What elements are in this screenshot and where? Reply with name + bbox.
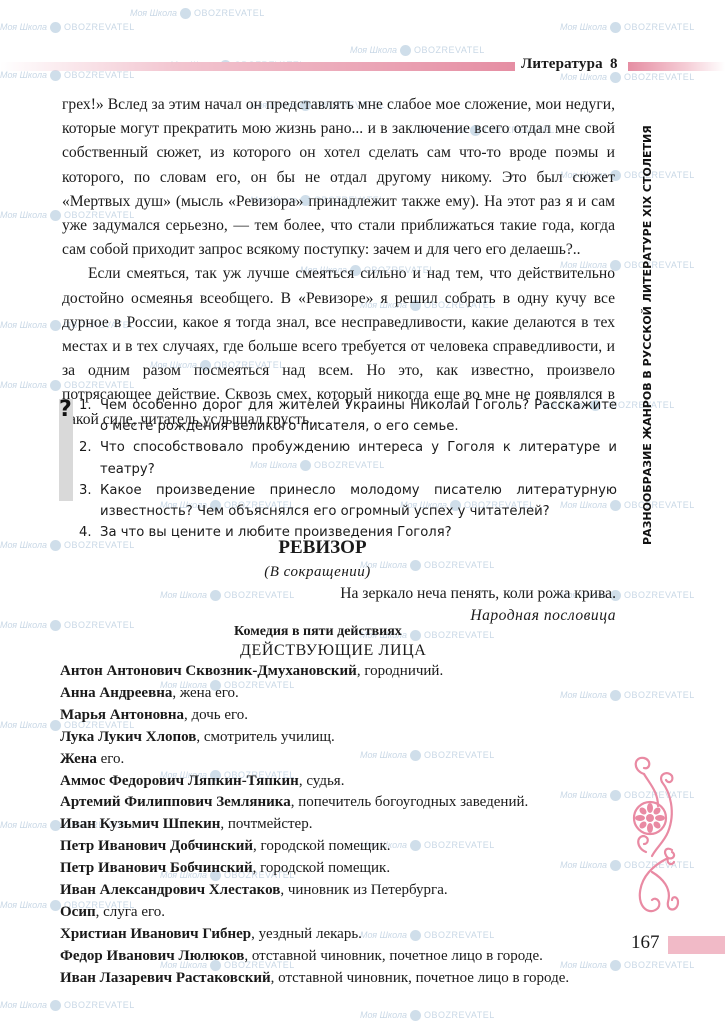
watermark-brand: Моя Школа [0, 210, 47, 220]
cast-role: , слуга его. [96, 904, 165, 920]
watermark-partner: OBOZREVATEL [64, 1000, 135, 1010]
question-number: 2. [79, 437, 92, 458]
cast-name: Артемий Филиппович Земляника [60, 794, 291, 810]
watermark-partner: OBOZREVATEL [624, 960, 695, 970]
play-genre: Комедия в пяти действиях [234, 624, 402, 640]
page-number: 167 [631, 932, 660, 954]
cast-role: его. [97, 751, 124, 767]
watermark-brand: Моя Школа [360, 1010, 407, 1020]
cast-member: Анна Андреевна, жена его. [60, 683, 620, 705]
watermark-logo-icon [410, 630, 421, 641]
prose-body: грех!» Вслед за этим начал он представля… [62, 93, 615, 432]
cast-heading: ДЕЙСТВУЮЩИЕ ЛИЦА [240, 642, 426, 660]
cast-name: Лука Лукич Хлопов [60, 729, 196, 745]
watermark: Моя ШколаOBOZREVATEL [0, 1000, 135, 1011]
header-decor-bar [628, 62, 725, 71]
watermark: Моя ШколаOBOZREVATEL [560, 22, 695, 33]
watermark-partner: OBOZREVATEL [624, 72, 695, 82]
cast-role: , городничий. [357, 663, 443, 679]
question-number: 3. [79, 480, 92, 501]
cast-member: Иван Лазаревич Растаковский, отставной ч… [60, 968, 620, 990]
cast-role: , отставной чиновник, почетное лицо в го… [271, 970, 570, 986]
watermark: Моя ШколаOBOZREVATEL [0, 620, 135, 631]
watermark-partner: OBOZREVATEL [194, 8, 265, 18]
header-subject: Литература [521, 56, 603, 73]
question-text: Какое произведение принесло молодому пис… [100, 483, 617, 519]
watermark-logo-icon [610, 72, 621, 83]
question-item: 2.Что способствовало пробуждению интерес… [79, 437, 617, 479]
watermark-partner: OBOZREVATEL [624, 260, 695, 270]
cast-member: Антон Антонович Сквозник-Дмухановский, г… [60, 661, 620, 683]
watermark: Моя ШколаOBOZREVATEL [160, 590, 295, 601]
question-item: 1.Чем особенно дорог для жителей Украины… [79, 395, 617, 437]
cast-member: Марья Антоновна, дочь его. [60, 705, 620, 727]
play-subtitle-wrap: (В сокращении) [0, 563, 725, 581]
cast-name: Иван Александрович Хлестаков [60, 882, 280, 898]
cast-role: , почтмейстер. [220, 816, 312, 832]
watermark-brand: Моя Школа [0, 720, 47, 730]
cast-member: Артемий Филиппович Земляника, попечитель… [60, 792, 620, 814]
watermark-partner: OBOZREVATEL [624, 22, 695, 32]
watermark-brand: Моя Школа [0, 380, 47, 390]
paragraph: грех!» Вслед за этим начал он представля… [62, 93, 615, 262]
watermark: Моя ШколаOBOZREVATEL [0, 22, 135, 33]
cast-role: , попечитель богоугодных заведений. [291, 794, 529, 810]
watermark-brand: Моя Школа [0, 900, 47, 910]
watermark-logo-icon [180, 8, 191, 19]
watermark-logo-icon [610, 22, 621, 33]
watermark: Моя ШколаOBOZREVATEL [560, 72, 695, 83]
epigraph-text: На зеркало неча пенять, коли рожа крива. [340, 583, 616, 605]
cast-name: Жена [60, 751, 97, 767]
watermark-partner: OBOZREVATEL [64, 620, 135, 630]
watermark-logo-icon [50, 210, 61, 221]
cast-name: Иван Кузьмич Шпекин [60, 816, 220, 832]
watermark-brand: Моя Школа [0, 70, 47, 80]
watermark-brand: Моя Школа [0, 320, 47, 330]
question-item: 3.Какое произведение принесло молодому п… [79, 480, 617, 522]
watermark-brand: Моя Школа [0, 1000, 47, 1010]
watermark-brand: Моя Школа [560, 72, 607, 82]
play-title-wrap: РЕВИЗОР [0, 537, 725, 559]
watermark: Моя ШколаOBOZREVATEL [360, 1010, 495, 1021]
watermark-brand: Моя Школа [0, 620, 47, 630]
watermark-brand: Моя Школа [0, 22, 47, 32]
watermark-partner: OBOZREVATEL [414, 45, 485, 55]
watermark-partner: OBOZREVATEL [624, 690, 695, 700]
watermark-brand: Моя Школа [0, 820, 47, 830]
cast-name: Осип [60, 904, 96, 920]
cast-name: Христиан Иванович Гибнер [60, 926, 251, 942]
play-title: РЕВИЗОР [278, 537, 366, 558]
cast-role: , жена его. [172, 685, 238, 701]
watermark-logo-icon [50, 380, 61, 391]
cast-role: , уездный лекарь. [251, 926, 362, 942]
play-subtitle: (В сокращении) [264, 564, 371, 580]
watermark-logo-icon [50, 70, 61, 81]
cast-member: Иван Кузьмич Шпекин, почтмейстер. [60, 814, 620, 836]
epigraph: На зеркало неча пенять, коли рожа крива.… [340, 583, 616, 627]
header-grade: 8 [610, 56, 618, 73]
watermark-partner: OBOZREVATEL [224, 590, 295, 600]
cast-name: Анна Андреевна [60, 685, 172, 701]
watermark-logo-icon [50, 22, 61, 33]
watermark-brand: Моя Школа [160, 590, 207, 600]
watermark-partner: OBOZREVATEL [624, 500, 695, 510]
watermark-logo-icon [210, 590, 221, 601]
questions-list: 1.Чем особенно дорог для жителей Украины… [79, 395, 617, 543]
watermark-brand: Моя Школа [350, 45, 397, 55]
cast-role: , городской помещик. [253, 860, 390, 876]
watermark-logo-icon [50, 620, 61, 631]
watermark: Моя ШколаOBOZREVATEL [130, 8, 265, 19]
cast-member: Осип, слуга его. [60, 902, 620, 924]
cast-name: Петр Иванович Добчинский [60, 838, 253, 854]
watermark-logo-icon [400, 45, 411, 56]
watermark-partner: OBOZREVATEL [624, 590, 695, 600]
cast-role: , чиновник из Петербурга. [280, 882, 447, 898]
watermark-partner: OBOZREVATEL [424, 630, 495, 640]
watermark-partner: OBOZREVATEL [424, 1010, 495, 1020]
cast-member: Аммос Федорович Ляпкин-Тяпкин, судья. [60, 771, 620, 793]
cast-name: Марья Антоновна [60, 707, 184, 723]
watermark-partner: OBOZREVATEL [64, 70, 135, 80]
question-mark-icon: ? [59, 397, 72, 422]
cast-role: , смотритель училищ. [196, 729, 334, 745]
cast-role: , дочь его. [184, 707, 248, 723]
cast-name: Петр Иванович Бобчинский [60, 860, 253, 876]
floral-ornament-icon [628, 752, 688, 927]
watermark: Моя ШколаOBOZREVATEL [0, 70, 135, 81]
cast-member: Петр Иванович Добчинский, городской поме… [60, 836, 620, 858]
cast-role: , судья. [299, 773, 345, 789]
cast-member: Христиан Иванович Гибнер, уездный лекарь… [60, 924, 620, 946]
header-decor-bar [0, 62, 515, 71]
watermark-brand: Моя Школа [130, 8, 177, 18]
cast-member: Федор Иванович Люлюков, отставной чиновн… [60, 946, 620, 968]
section-title-vertical: РАЗНООБРАЗИЕ ЖАНРОВ В РУССКОЙ ЛИТЕРАТУРЕ… [641, 165, 654, 545]
cast-member: Иван Александрович Хлестаков, чиновник и… [60, 880, 620, 902]
watermark-partner: OBOZREVATEL [624, 170, 695, 180]
watermark-logo-icon [410, 1010, 421, 1021]
watermark-logo-icon [50, 320, 61, 331]
watermark-brand: Моя Школа [560, 22, 607, 32]
cast-name: Иван Лазаревич Растаковский [60, 970, 271, 986]
cast-name: Федор Иванович Люлюков [60, 948, 244, 964]
watermark-partner: OBOZREVATEL [64, 22, 135, 32]
cast-member: Петр Иванович Бобчинский, городской поме… [60, 858, 620, 880]
watermark: Моя ШколаOBOZREVATEL [350, 45, 485, 56]
cast-member: Лука Лукич Хлопов, смотритель училищ. [60, 727, 620, 749]
cast-role: , отставной чиновник, почетное лицо в го… [244, 948, 543, 964]
cast-name: Аммос Федорович Ляпкин-Тяпкин [60, 773, 299, 789]
cast-role: , городской помещик. [253, 838, 390, 854]
cast-member: Жена его. [60, 749, 620, 771]
cast-name: Антон Антонович Сквозник-Дмухановский [60, 663, 357, 679]
question-text: Чем особенно дорог для жителей Украины Н… [100, 398, 617, 434]
question-number: 1. [79, 395, 92, 416]
watermark-logo-icon [50, 1000, 61, 1011]
cast-list: Антон Антонович Сквозник-Дмухановский, г… [60, 661, 620, 990]
question-text: Что способствовало пробуждению интереса … [100, 440, 617, 476]
page-number-bar [668, 936, 725, 954]
